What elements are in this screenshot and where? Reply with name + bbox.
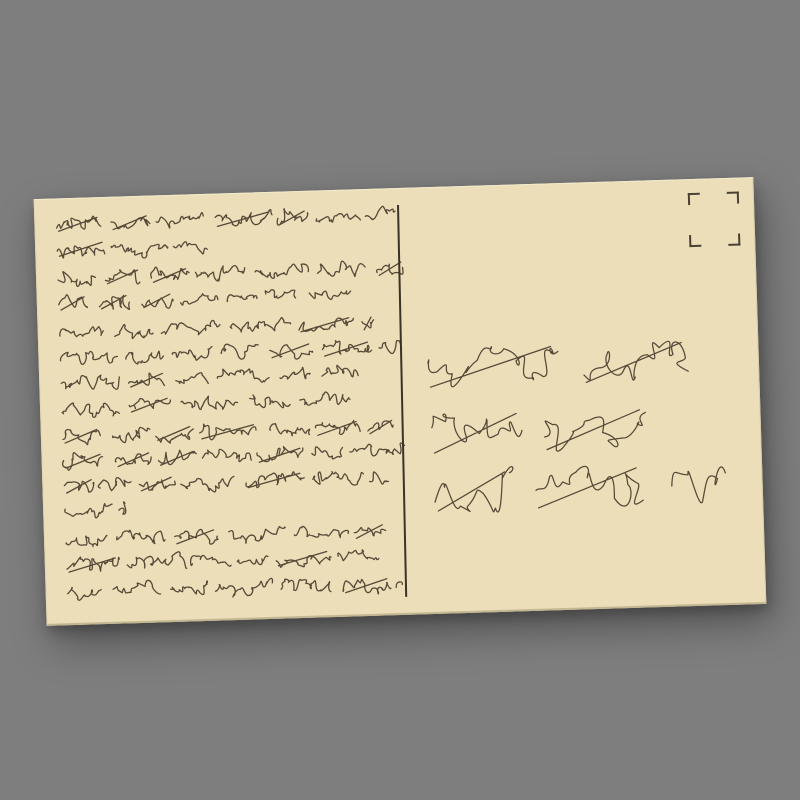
address-scribbles <box>427 339 726 513</box>
scribble-line <box>62 391 350 418</box>
scribble-line <box>431 407 646 454</box>
scribble-line <box>434 460 726 514</box>
scribble-line <box>60 338 402 366</box>
scribble-line <box>58 286 350 311</box>
scribble-line <box>427 340 688 387</box>
scribble-line <box>65 501 126 518</box>
stamp-corner-bottom-left-icon <box>689 234 701 246</box>
stamp-box <box>688 191 741 247</box>
scribble-line <box>67 572 402 603</box>
stamp-corner-top-left-icon <box>688 192 700 204</box>
scribble-line <box>66 522 386 548</box>
gray-backdrop <box>0 0 800 800</box>
scribble-line <box>63 418 394 446</box>
scribble-line <box>62 442 405 470</box>
scribble-line <box>64 468 388 496</box>
message-scribbles <box>55 205 413 603</box>
stamp-corner-bottom-right-icon <box>728 233 740 245</box>
scribble-line <box>67 545 379 573</box>
stamp-corner-top-right-icon <box>727 191 739 203</box>
scribble-line <box>57 239 207 261</box>
scribble-line <box>59 314 373 340</box>
scribble-line <box>58 259 403 287</box>
scribble-line <box>56 205 395 232</box>
postcard <box>34 177 767 626</box>
scribble-line <box>61 364 358 390</box>
